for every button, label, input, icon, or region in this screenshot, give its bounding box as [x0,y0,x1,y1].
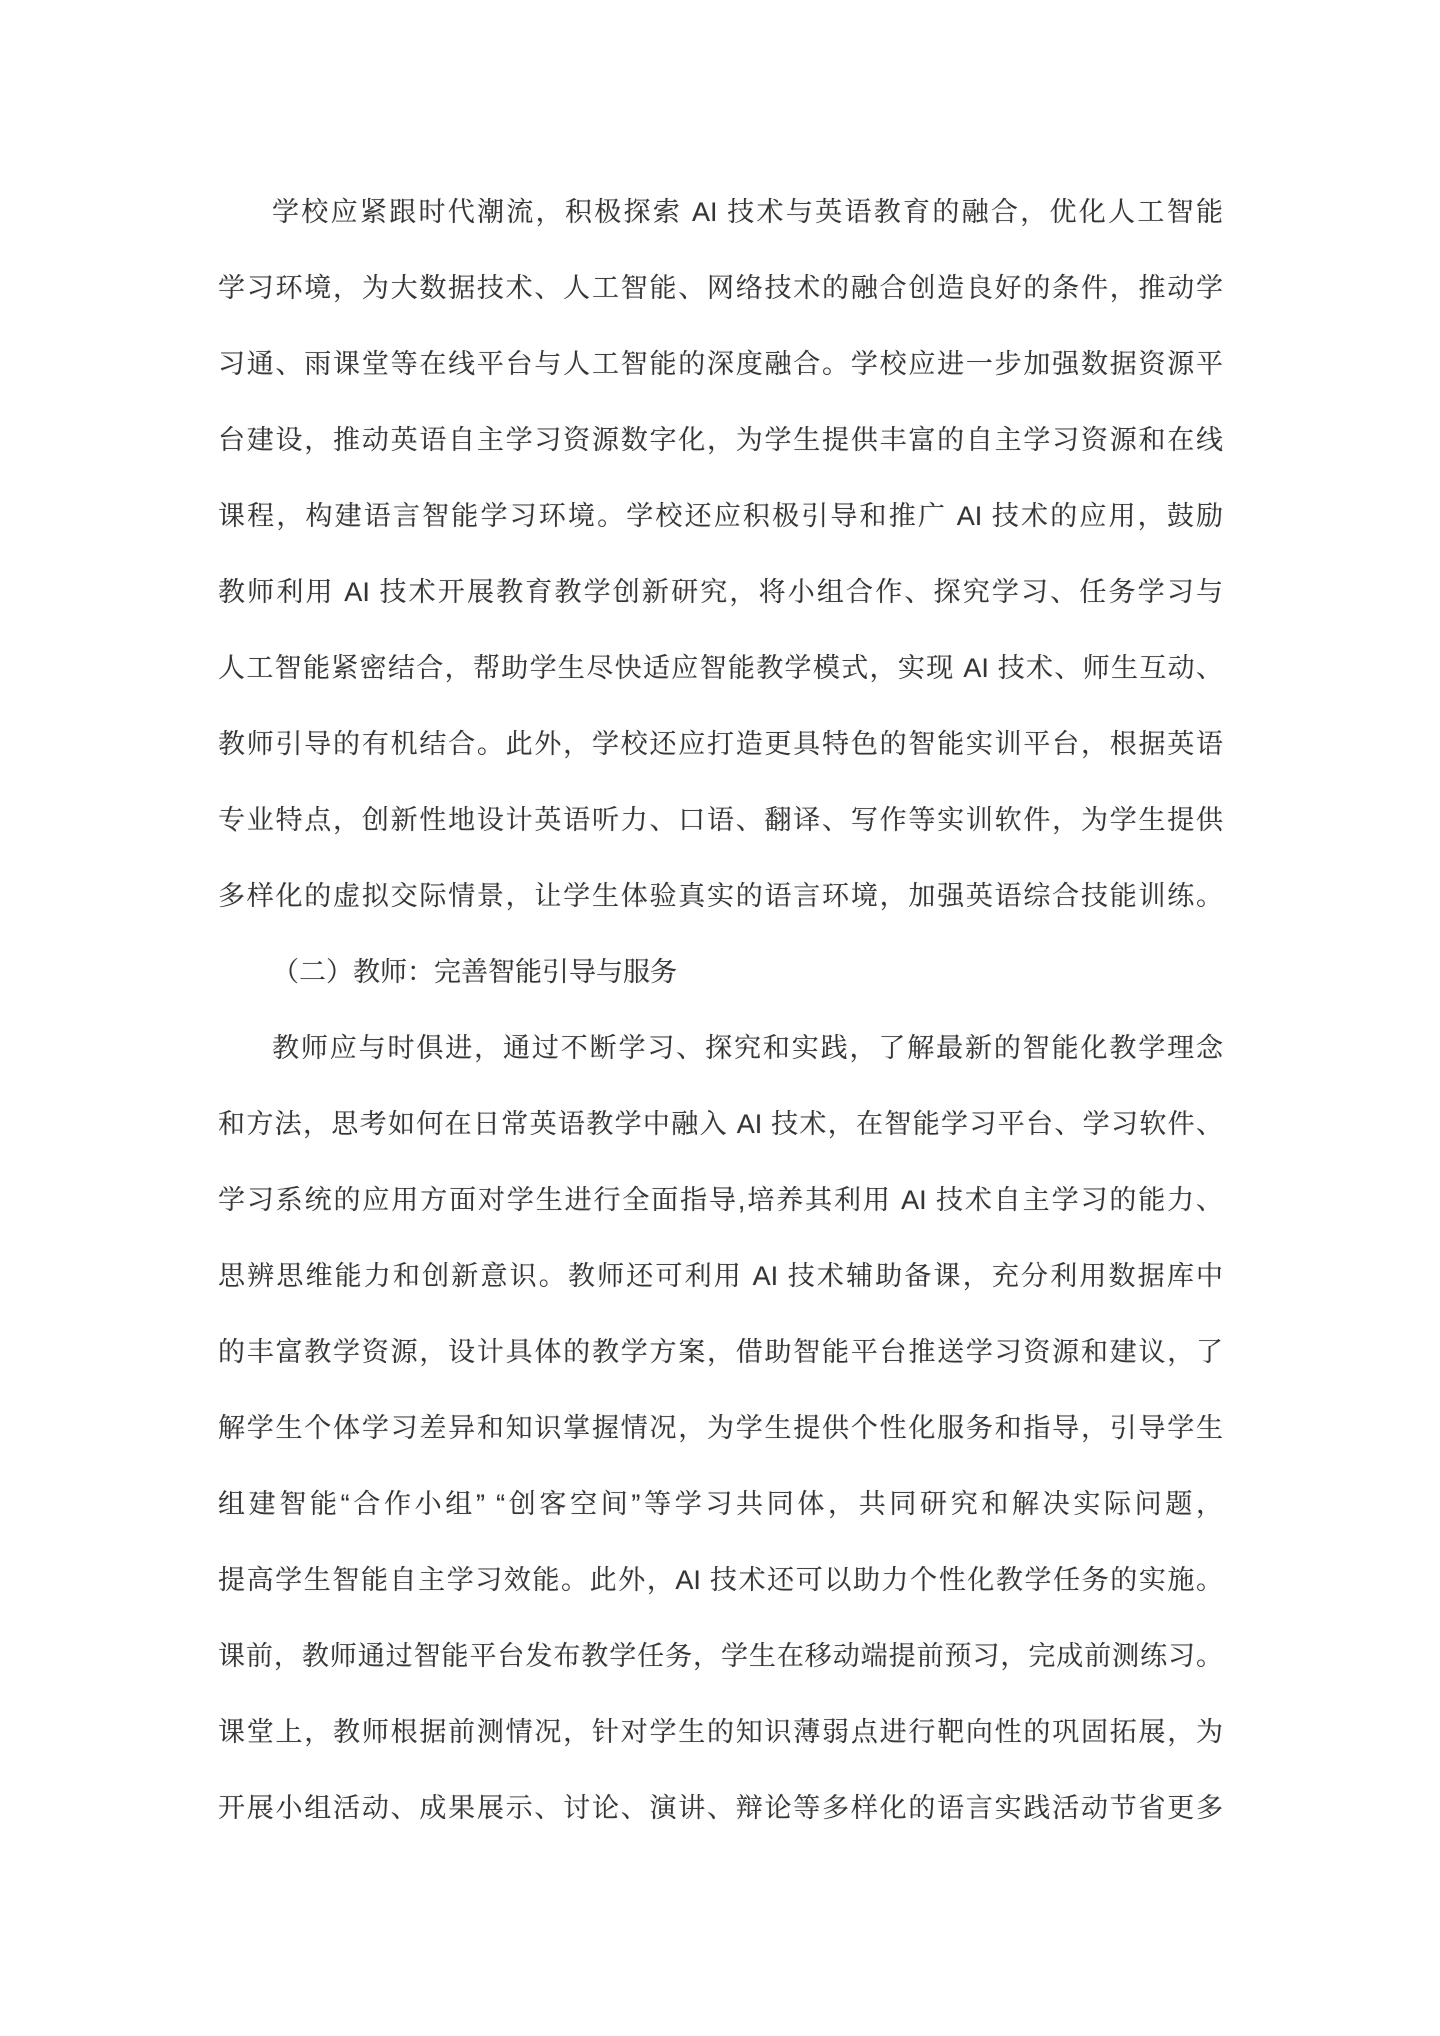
body-paragraph: 教师应与时俱进，通过不断学习、探究和实践，了解最新的智能化教学理念和方法，思考如… [218,1010,1223,1846]
text-line: 习通、雨课堂等在线平台与人工智能的深度融合。学校应进一步加强数据资源平 [218,326,1223,402]
text-line: 组建智能“合作小组” “创客空间”等学习共同体，共同研究和解决实际问题， [218,1466,1223,1542]
text-line: 解学生个体学习差异和知识掌握情况，为学生提供个性化服务和指导，引导学生 [218,1390,1223,1466]
text-line: 课程，构建语言智能学习环境。学校还应积极引导和推广 AI 技术的应用，鼓励 [218,478,1223,554]
text-line: 课前，教师通过智能平台发布教学任务，学生在移动端提前预习，完成前测练习。 [218,1618,1223,1694]
text-line: 开展小组活动、成果展示、讨论、演讲、辩论等多样化的语言实践活动节省更多 [218,1770,1223,1846]
text-line: 多样化的虚拟交际情景，让学生体验真实的语言环境，加强英语综合技能训练。 [218,858,1223,934]
text-line: 教师利用 AI 技术开展教育教学创新研究，将小组合作、探究学习、任务学习与 [218,554,1223,630]
document-content: 学校应紧跟时代潮流，积极探索 AI 技术与英语教育的融合，优化人工智能学习环境，… [218,174,1223,1846]
text-line: 思辨思维能力和创新意识。教师还可利用 AI 技术辅助备课，充分利用数据库中 [218,1238,1223,1314]
text-line: 和方法，思考如何在日常英语教学中融入 AI 技术，在智能学习平台、学习软件、 [218,1086,1223,1162]
text-line: 台建设，推动英语自主学习资源数字化，为学生提供丰富的自主学习资源和在线 [218,402,1223,478]
heading-line: （二）教师：完善智能引导与服务 [218,934,1223,1010]
text-line: 学校应紧跟时代潮流，积极探索 AI 技术与英语教育的融合，优化人工智能 [218,174,1223,250]
text-line: 教师应与时俱进，通过不断学习、探究和实践，了解最新的智能化教学理念 [218,1010,1223,1086]
text-line: 提高学生智能自主学习效能。此外，AI 技术还可以助力个性化教学任务的实施。 [218,1542,1223,1618]
text-line: 课堂上，教师根据前测情况，针对学生的知识薄弱点进行靶向性的巩固拓展，为 [218,1694,1223,1770]
text-line: 人工智能紧密结合，帮助学生尽快适应智能教学模式，实现 AI 技术、师生互动、 [218,630,1223,706]
text-line: 的丰富教学资源，设计具体的教学方案，借助智能平台推送学习资源和建议，了 [218,1314,1223,1390]
text-line: 学习系统的应用方面对学生进行全面指导,培养其利用 AI 技术自主学习的能力、 [218,1162,1223,1238]
text-line: 专业特点，创新性地设计英语听力、口语、翻译、写作等实训软件，为学生提供 [218,782,1223,858]
section-heading: （二）教师：完善智能引导与服务 [218,934,1223,1010]
body-paragraph: 学校应紧跟时代潮流，积极探索 AI 技术与英语教育的融合，优化人工智能学习环境，… [218,174,1223,934]
text-line: 教师引导的有机结合。此外，学校还应打造更具特色的智能实训平台，根据英语 [218,706,1223,782]
document-page: 学校应紧跟时代潮流，积极探索 AI 技术与英语教育的融合，优化人工智能学习环境，… [218,174,1223,1846]
text-line: 学习环境，为大数据技术、人工智能、网络技术的融合创造良好的条件，推动学 [218,250,1223,326]
